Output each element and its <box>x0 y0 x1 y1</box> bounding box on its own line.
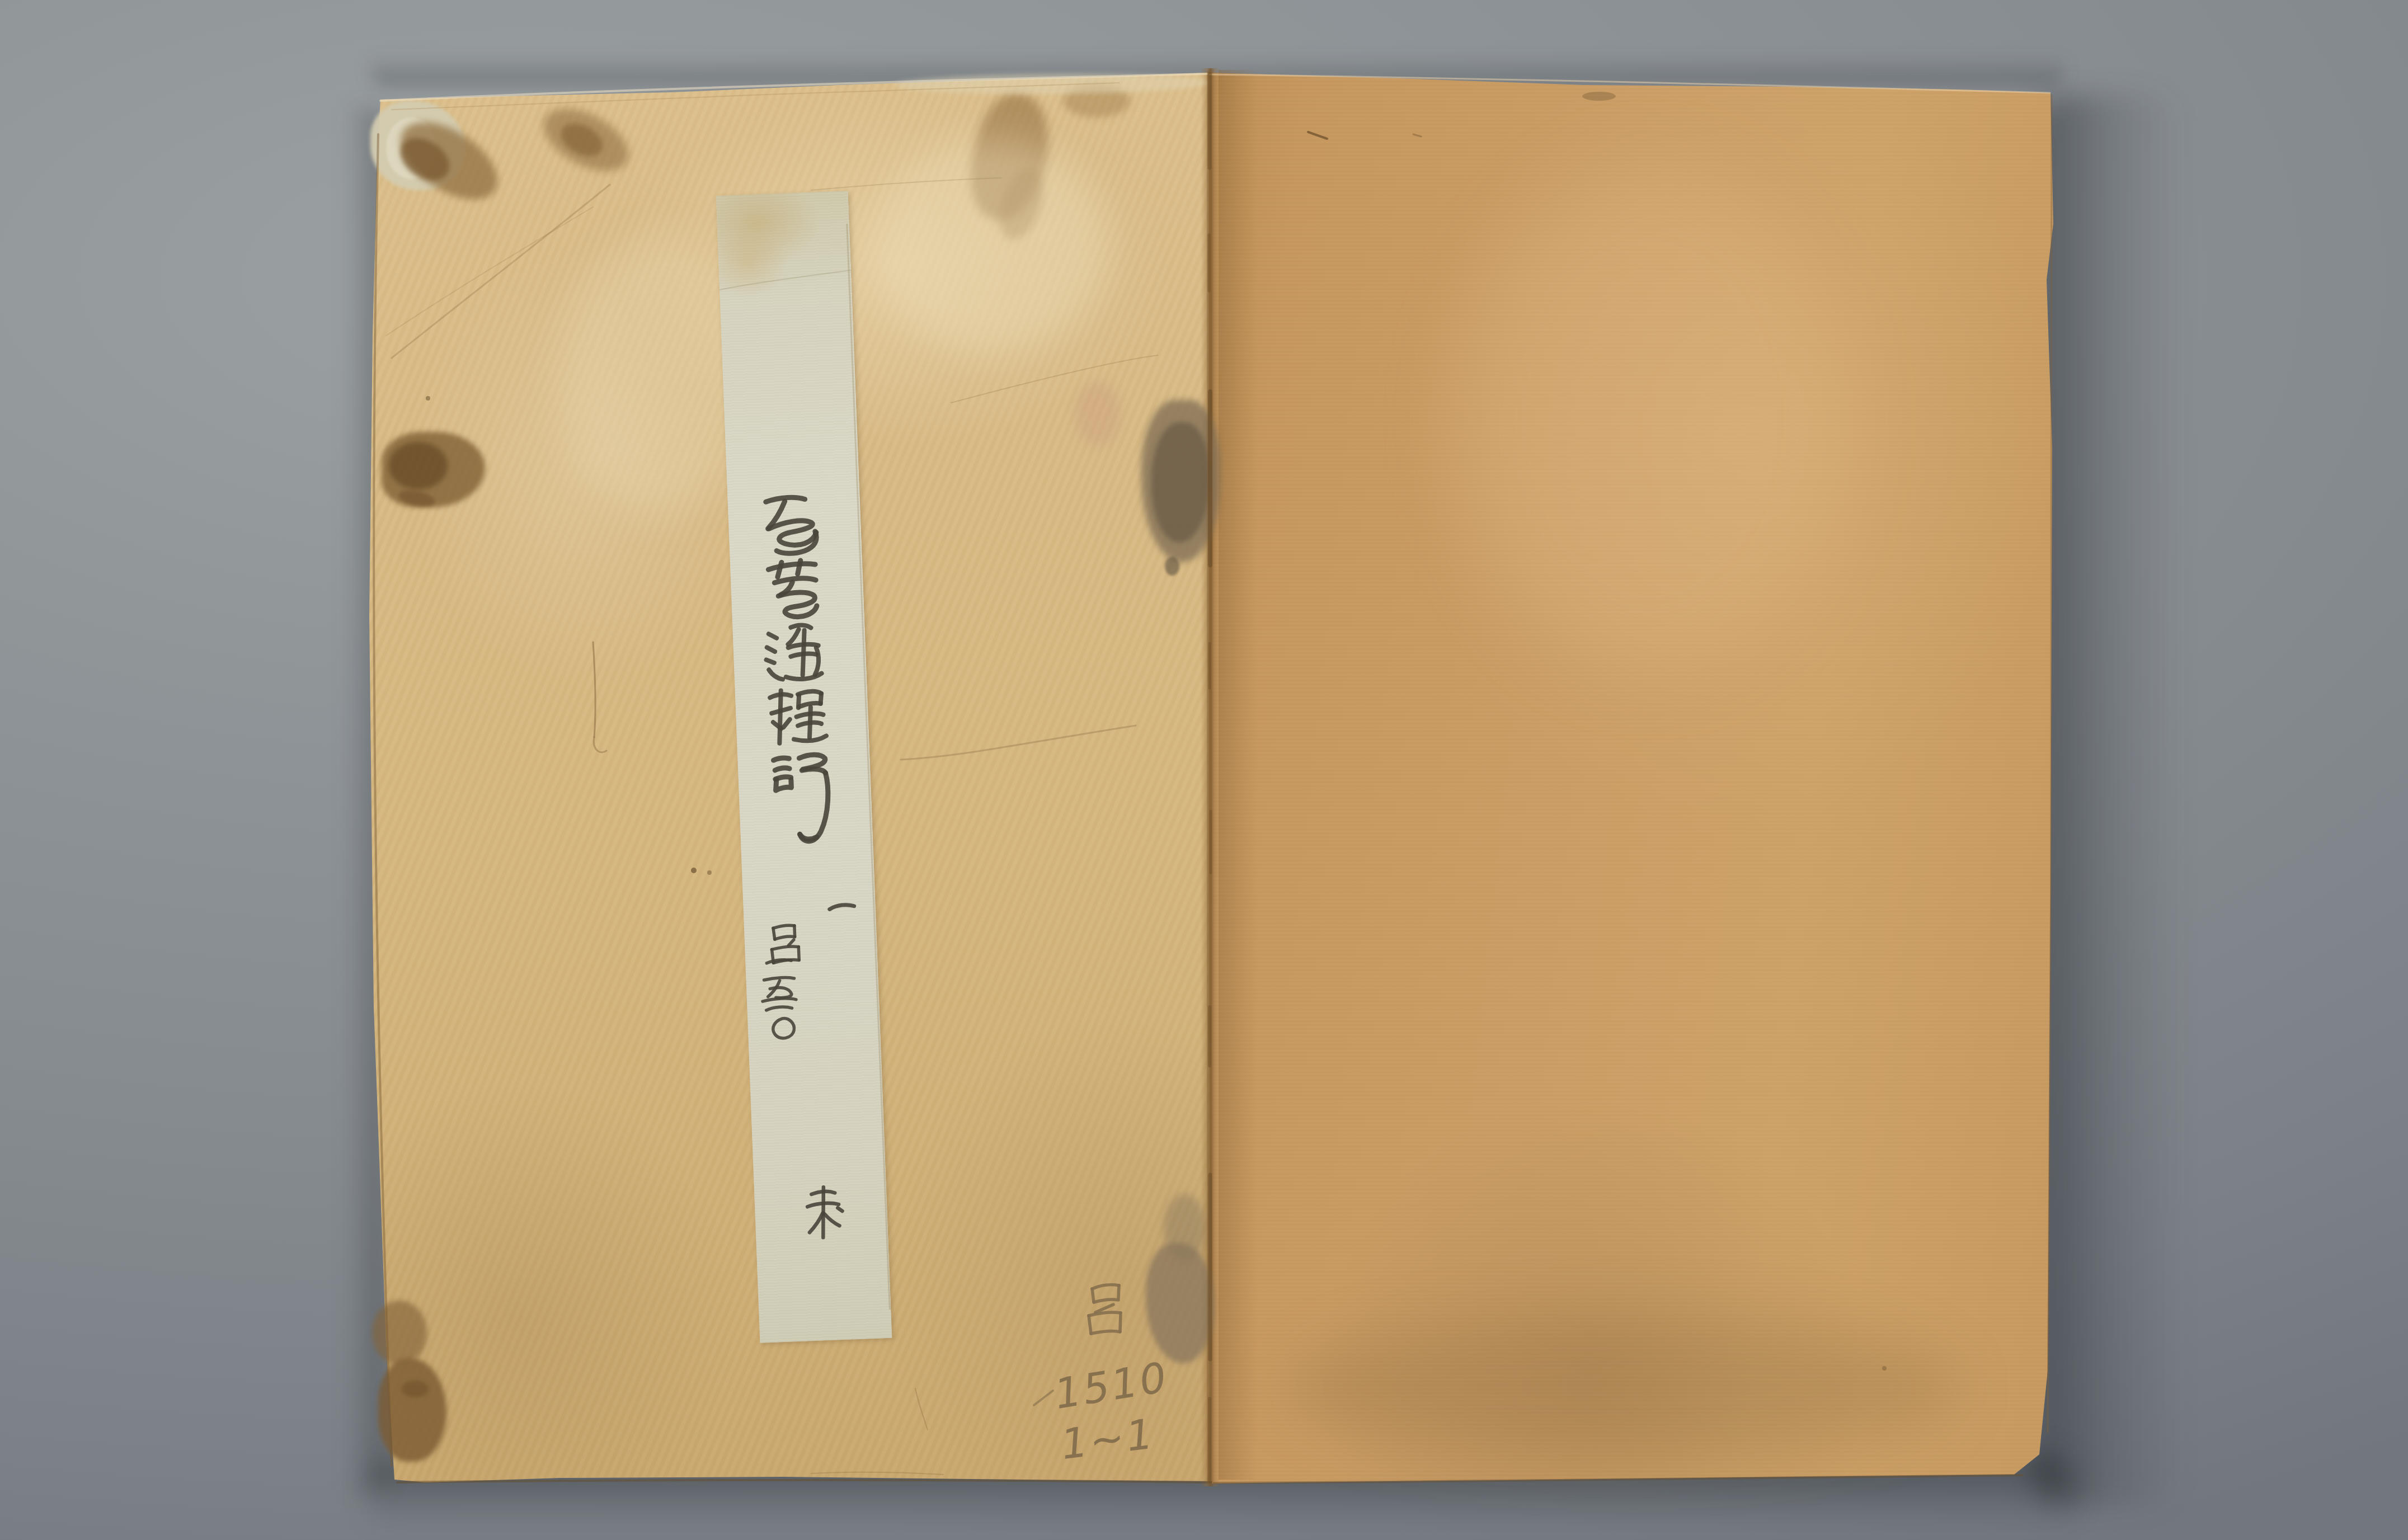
stain-left-edge-core <box>389 442 448 489</box>
calligraphy-call-number <box>760 925 802 1039</box>
page-bottom-shade <box>1287 1315 1958 1460</box>
calligraphy-volume-mark <box>830 905 854 909</box>
calligraphy-char-2 <box>768 560 817 618</box>
photo: 1510 1~1 <box>0 0 2408 1540</box>
stain-gray-drip <box>1165 557 1179 576</box>
pale-area <box>873 140 1108 352</box>
calligraphy-bottom-mark <box>807 1186 843 1238</box>
page-light-area <box>1455 168 1846 671</box>
calligraphy-char-3 <box>765 624 822 680</box>
stain-pink-ring <box>1075 382 1120 446</box>
calligraphy-char-4 <box>770 689 827 743</box>
stain-seam-bottom-2 <box>1164 1194 1206 1261</box>
stain-corner-upper <box>372 1301 427 1365</box>
calligraphy-char-1 <box>766 497 817 554</box>
book-shadow-right <box>2031 95 2182 1505</box>
inner-page-gutter-shade <box>1219 70 1258 1480</box>
stain-dash <box>402 1381 429 1397</box>
calligraphy-char-5 <box>773 754 830 842</box>
